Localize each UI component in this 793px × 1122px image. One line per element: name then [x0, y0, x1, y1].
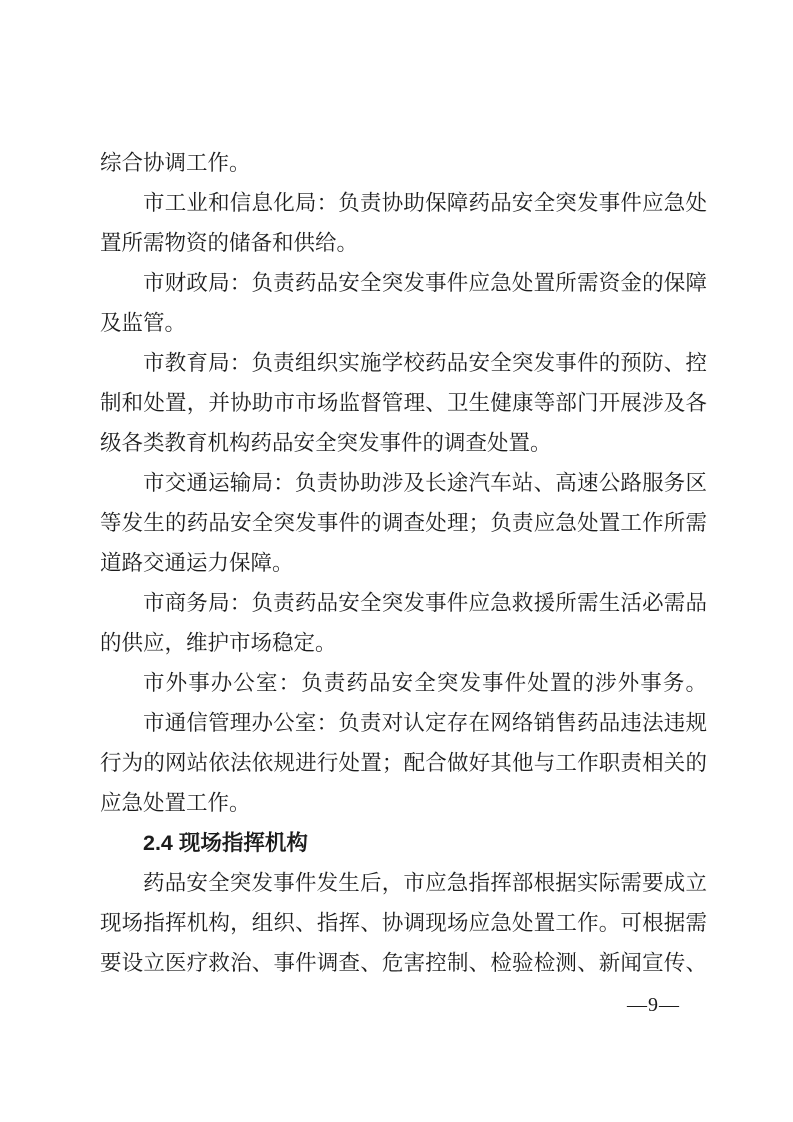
text-line: 市工业和信息化局：负责协助保障药品安全突发事件应急处	[100, 183, 707, 223]
document-page: 综合协调工作。市工业和信息化局：负责协助保障药品安全突发事件应急处置所需物资的储…	[0, 0, 793, 1122]
text-line: 市交通运输局：负责协助涉及长途汽车站、高速公路服务区	[100, 463, 707, 503]
text-line: 行为的网站依法依规进行处置；配合做好其他与工作职责相关的	[100, 743, 707, 783]
text-line: 的供应，维护市场稳定。	[100, 623, 707, 663]
text-line: 药品安全突发事件发生后，市应急指挥部根据实际需要成立	[100, 863, 707, 903]
text-line: 级各类教育机构药品安全突发事件的调查处置。	[100, 423, 707, 463]
text-line: 综合协调工作。	[100, 143, 707, 183]
text-line: 市财政局：负责药品安全突发事件应急处置所需资金的保障	[100, 263, 707, 303]
text-line: 等发生的药品安全突发事件的调查处理；负责应急处置工作所需	[100, 503, 707, 543]
text-line: 及监管。	[100, 303, 707, 343]
text-line: 制和处置，并协助市市场监督管理、卫生健康等部门开展涉及各	[100, 383, 707, 423]
text-line: 要设立医疗救治、事件调查、危害控制、检验检测、新闻宣传、	[100, 943, 707, 983]
section-heading: 2.4 现场指挥机构	[100, 823, 707, 863]
text-line: 道路交通运力保障。	[100, 543, 707, 583]
text-line: 应急处置工作。	[100, 783, 707, 823]
text-line: 现场指挥机构，组织、指挥、协调现场应急处置工作。可根据需	[100, 903, 707, 943]
text-line: 市商务局：负责药品安全突发事件应急救援所需生活必需品	[100, 583, 707, 623]
text-line: 市外事办公室：负责药品安全突发事件处置的涉外事务。	[100, 663, 707, 703]
text-line: 置所需物资的储备和供给。	[100, 223, 707, 263]
text-line: 市通信管理办公室：负责对认定存在网络销售药品违法违规	[100, 703, 707, 743]
page-number: —9—	[627, 985, 680, 1025]
text-line: 市教育局：负责组织实施学校药品安全突发事件的预防、控	[100, 343, 707, 383]
document-body: 综合协调工作。市工业和信息化局：负责协助保障药品安全突发事件应急处置所需物资的储…	[100, 143, 707, 983]
